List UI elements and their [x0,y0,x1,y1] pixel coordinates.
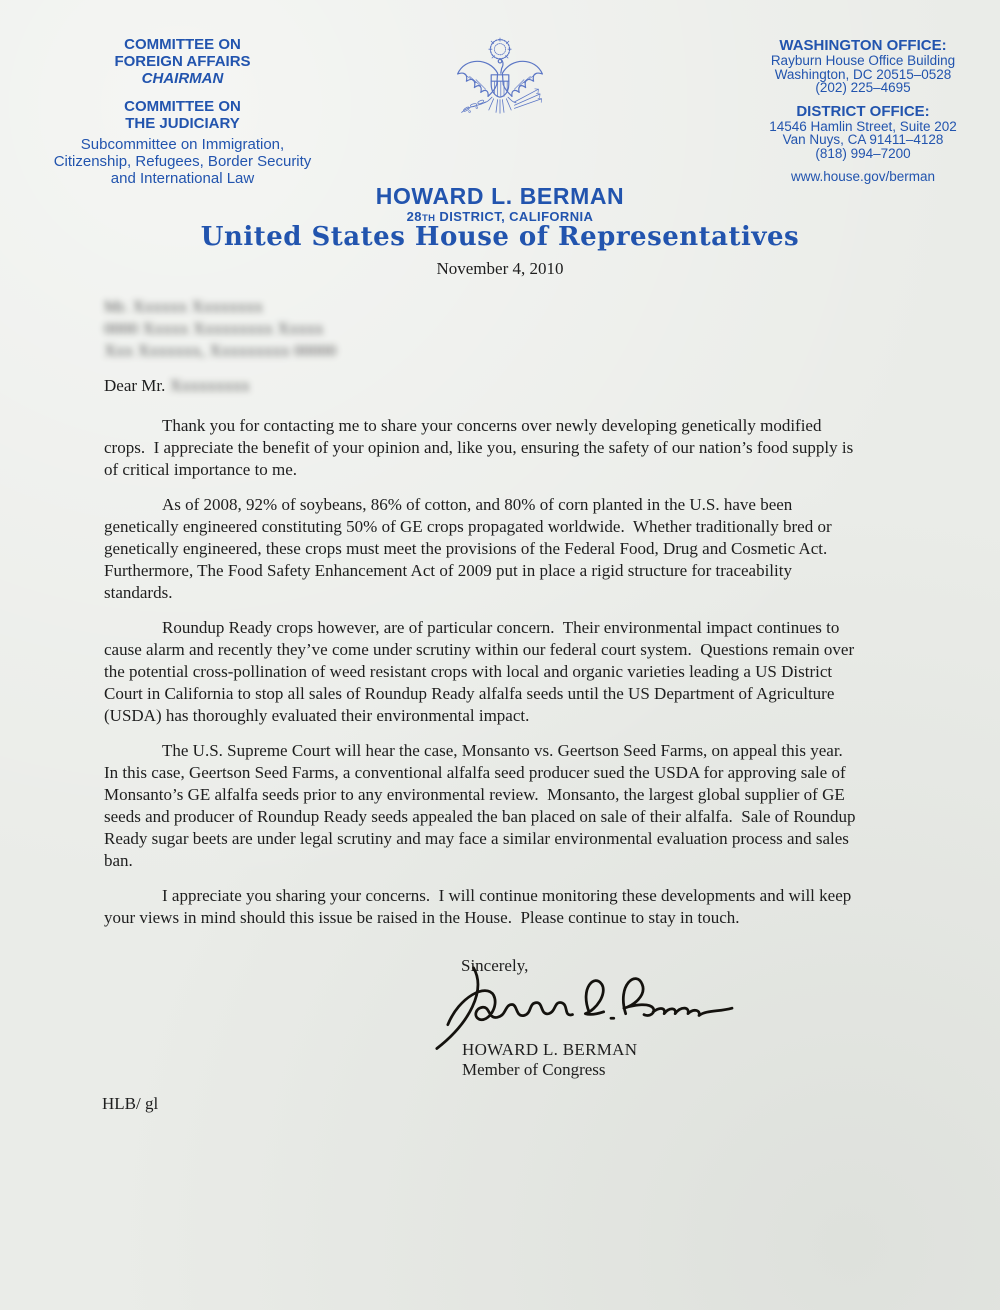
great-seal-icon [452,28,548,144]
committee-block: COMMITTEE ON FOREIGN AFFAIRS CHAIRMAN CO… [40,36,325,187]
washington-office-title: WASHINGTON OFFICE: [733,38,993,54]
washington-office-line: Washington, DC 20515–0528 [733,68,993,82]
scanned-letter-page: COMMITTEE ON FOREIGN AFFAIRS CHAIRMAN CO… [0,0,1000,1310]
redacted-recipient-line: 0000 Xxxxx Xxxxxxxxx Xxxxx [104,318,336,340]
district-office-line: (818) 994–7200 [733,147,993,161]
washington-office-line: (202) 225–4695 [733,81,993,95]
reference-initials: HLB/ gl [102,1094,158,1114]
body-line: cause alarm and recently they’ve come un… [104,639,916,661]
body-line: ban. [104,850,916,872]
recipient-address-block: Mr. Xxxxxx Xxxxxxxx 0000 Xxxxx Xxxxxxxxx… [104,296,336,362]
subcommittee-line: Citizenship, Refugees, Border Security [40,153,325,170]
subcommittee-line: Subcommittee on Immigration, [40,136,325,153]
body-line: standards. [104,582,916,604]
committee-foreign-affairs-line: COMMITTEE ON [40,36,325,53]
paragraph: Roundup Ready crops however, are of part… [104,617,916,727]
body-line: Court in California to stop all sales of… [104,683,916,705]
washington-office-line: Rayburn House Office Building [733,54,993,68]
district-office-line: 14546 Hamlin Street, Suite 202 [733,120,993,134]
paragraph: I appreciate you sharing your concerns. … [104,885,916,929]
body-line: (USDA) has thoroughly evaluated their en… [104,705,916,727]
typed-signature-name: HOWARD L. BERMAN [462,1040,637,1060]
body-line: genetically engineered constituting 50% … [104,516,916,538]
body-line: Roundup Ready crops however, are of part… [104,617,916,639]
institution-title: United States House of Representatives [0,222,1000,252]
body-line: seeds and producer of Roundup Ready seed… [104,806,916,828]
paragraph: Thank you for contacting me to share you… [104,415,916,481]
body-line: As of 2008, 92% of soybeans, 86% of cott… [104,494,916,516]
member-name-header: HOWARD L. BERMAN [0,183,1000,210]
redacted-recipient-line: Mr. Xxxxxx Xxxxxxxx [104,296,336,318]
committee-judiciary-line: THE JUDICIARY [40,115,325,132]
committee-judiciary-line: COMMITTEE ON [40,98,325,115]
body-line: crops. I appreciate the benefit of your … [104,437,916,459]
body-line: In this case, Geertson Seed Farms, a con… [104,762,916,784]
redacted-recipient-name: Xxxxxxxxx [170,376,250,395]
letter-body: Thank you for contacting me to share you… [104,415,916,942]
committee-foreign-affairs-line: FOREIGN AFFAIRS [40,53,325,70]
body-line: Furthermore, The Food Safety Enhancement… [104,560,916,582]
salutation: Dear Mr. Xxxxxxxxx [104,376,250,396]
chairman-title: CHAIRMAN [40,70,325,87]
body-line: Thank you for contacting me to share you… [104,415,916,437]
member-of-congress-title: Member of Congress [462,1060,606,1080]
website-url: www.house.gov/berman [733,170,993,184]
body-line: The U.S. Supreme Court will hear the cas… [104,740,916,762]
body-line: Monsanto’s GE alfalfa seeds prior to any… [104,784,916,806]
body-line: your views in mind should this issue be … [104,907,916,929]
letter-date: November 4, 2010 [0,259,1000,279]
paragraph: As of 2008, 92% of soybeans, 86% of cott… [104,494,916,604]
body-line: I appreciate you sharing your concerns. … [104,885,916,907]
redacted-recipient-line: Xxx Xxxxxxx, Xxxxxxxxx 00000 [104,340,336,362]
district-office-line: Van Nuys, CA 91411–4128 [733,133,993,147]
district-office-title: DISTRICT OFFICE: [733,104,993,120]
body-line: of critical importance to me. [104,459,916,481]
body-line: Ready sugar beets are under legal scruti… [104,828,916,850]
body-line: the potential cross-pollination of weed … [104,661,916,683]
body-line: genetically engineered, these crops must… [104,538,916,560]
offices-block: WASHINGTON OFFICE: Rayburn House Office … [733,38,993,184]
paragraph: The U.S. Supreme Court will hear the cas… [104,740,916,872]
